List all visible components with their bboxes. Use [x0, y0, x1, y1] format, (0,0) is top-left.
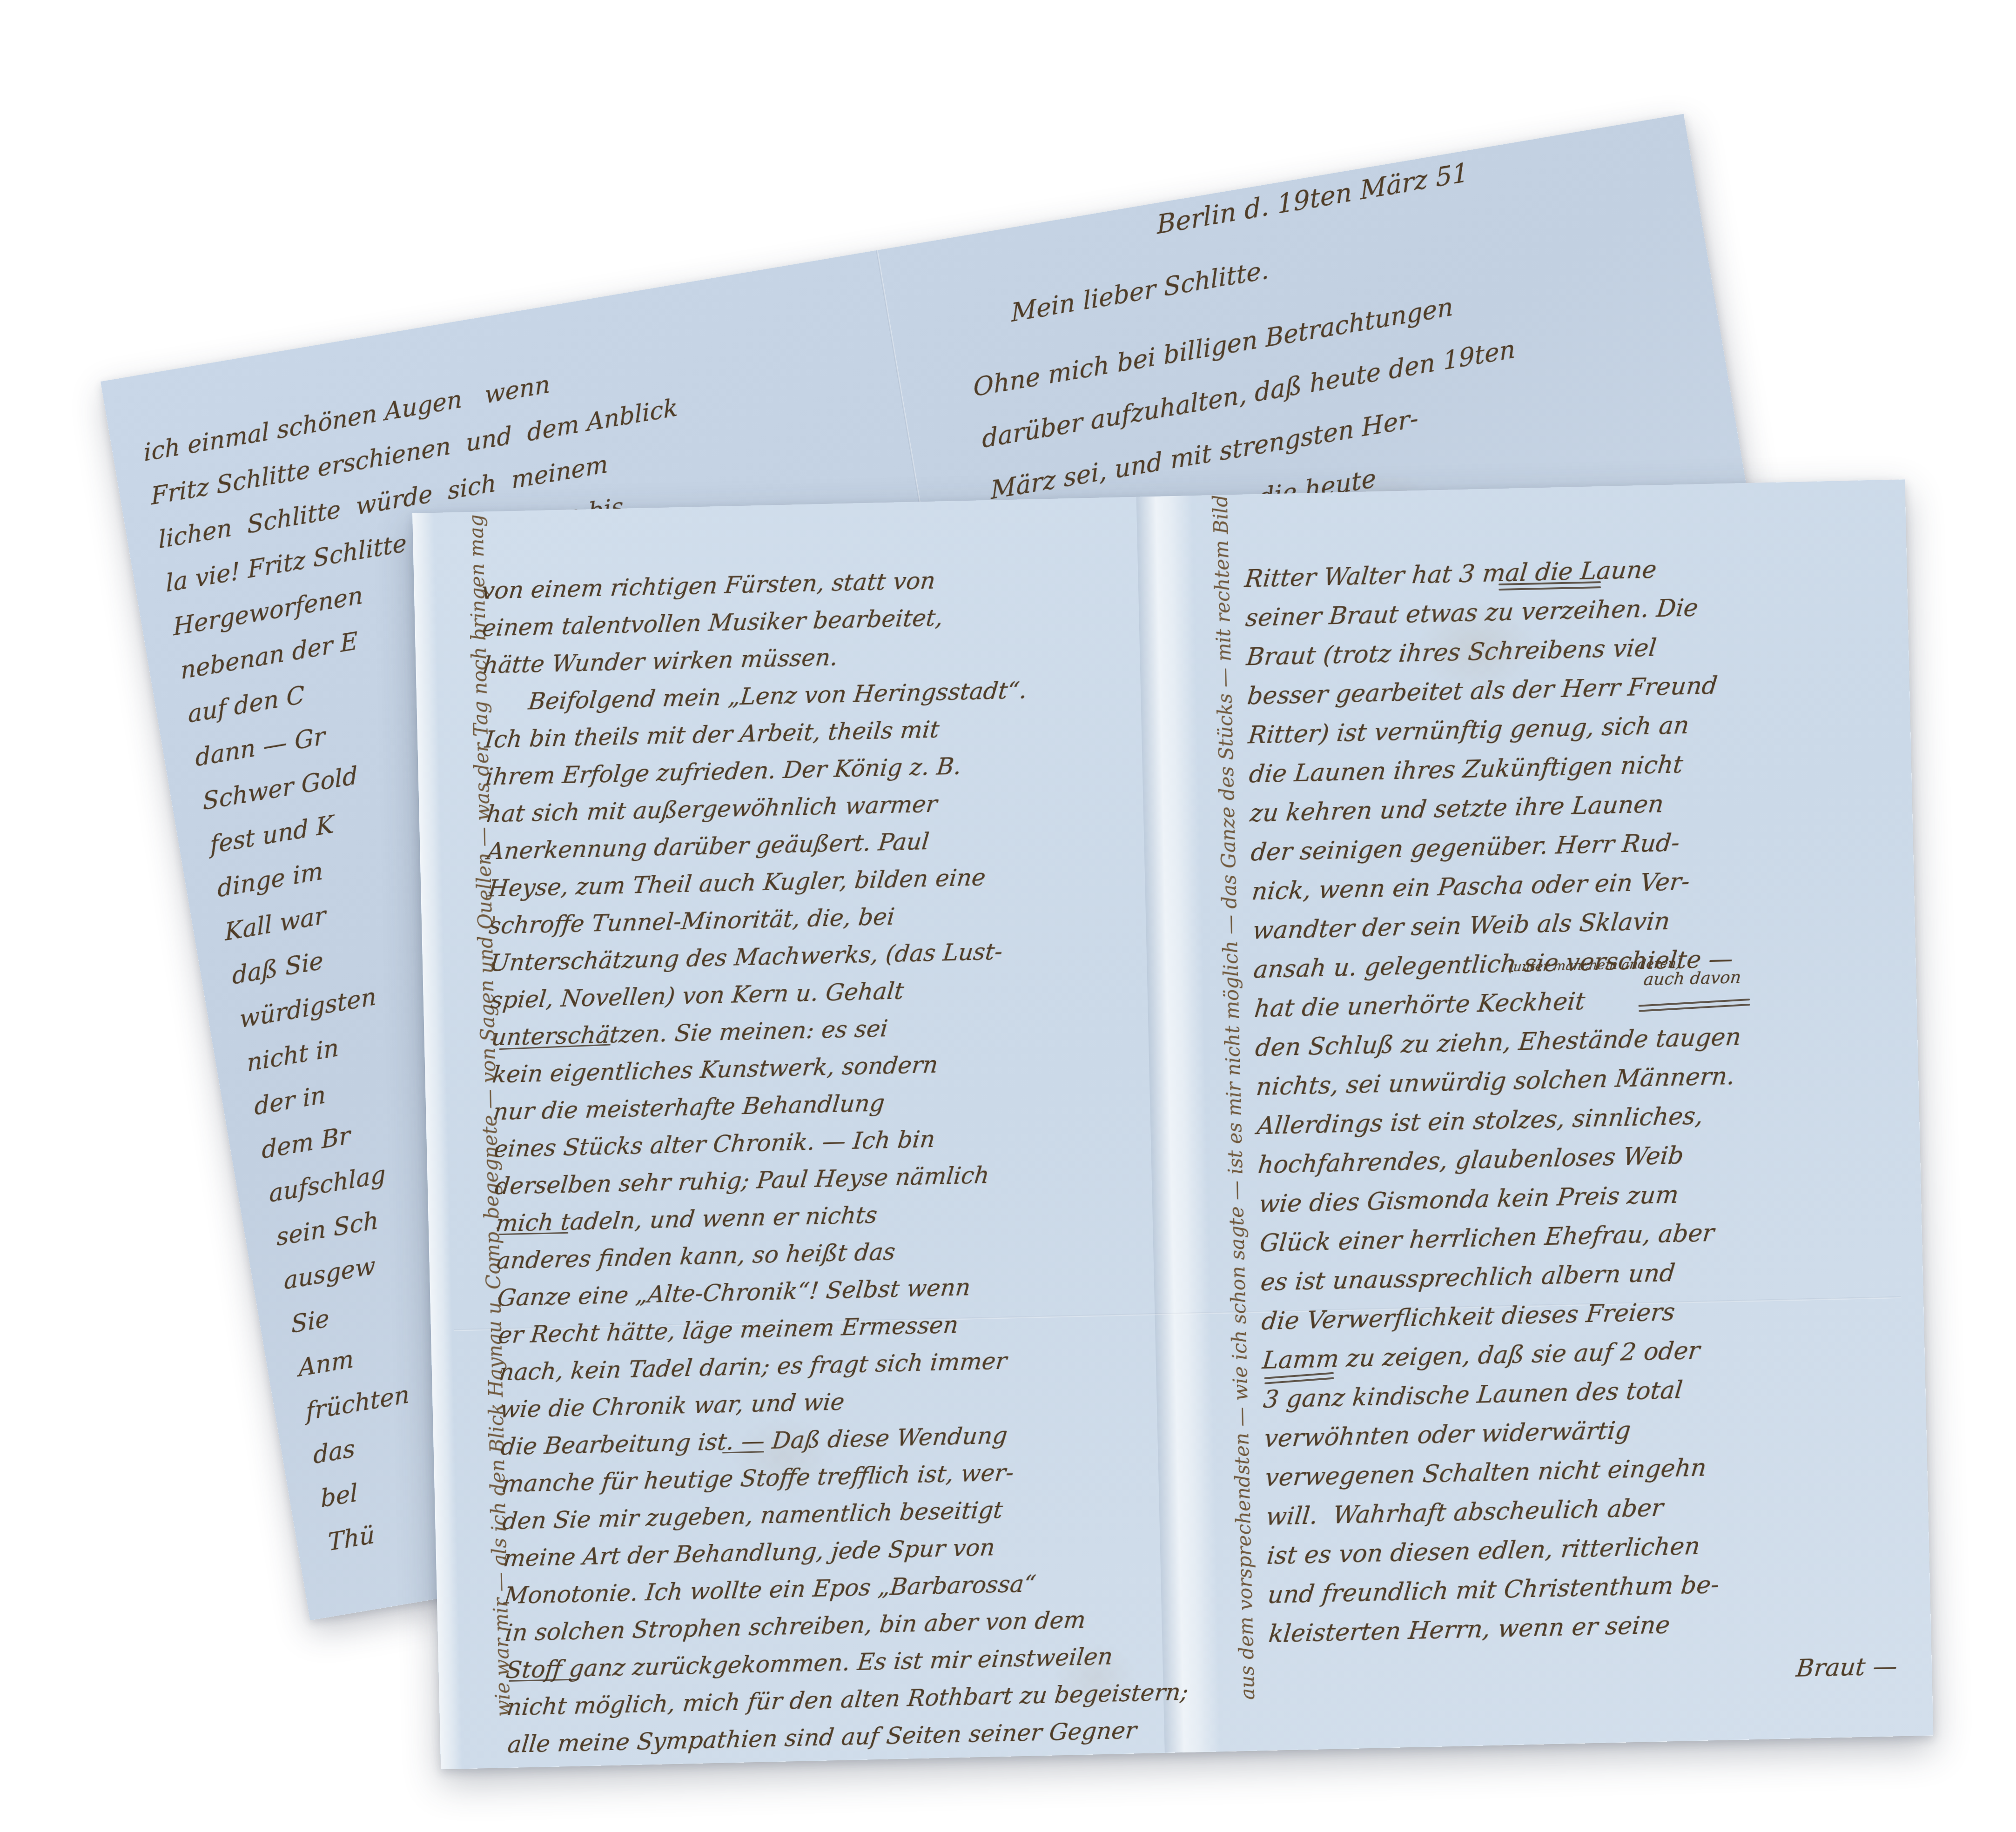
salutation: Mein lieber Schlitte.: [1010, 255, 1270, 328]
manuscript-photo: ich einmal schönen Augen wennFritz Schli…: [0, 0, 2016, 1832]
front-right-page-text: Ritter Walter hat 3 mal die Launeseiner …: [1242, 545, 1909, 1654]
front-left-page-text: von einem richtigen Fürsten, statt vonei…: [479, 557, 1176, 1763]
closing-catchword: Braut —: [1696, 1652, 1899, 1685]
dateline: Berlin d. 19ten März 51: [1156, 157, 1469, 241]
front-sheet: wie war mir — als ich den Blick Haynau u…: [412, 479, 1933, 1769]
interlinear-insertion-word: auch davon: [1643, 968, 1742, 989]
